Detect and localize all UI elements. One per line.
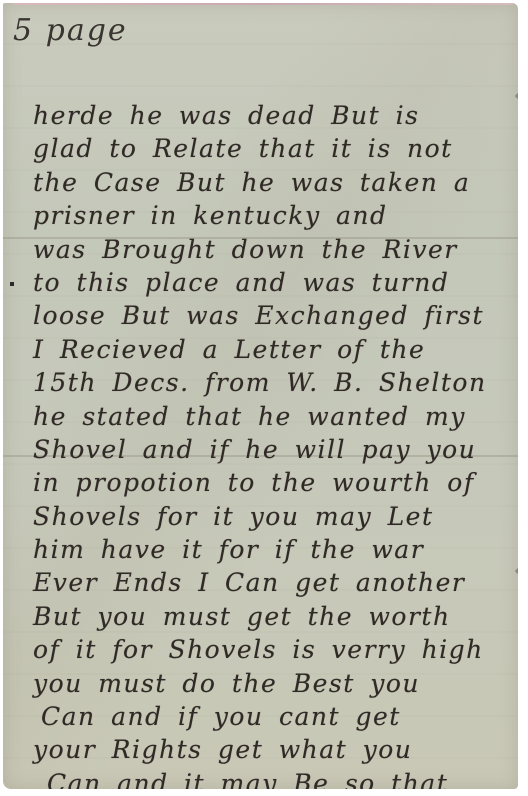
letter-line: But you must get the worth xyxy=(33,600,513,633)
letter-line: herde he was dead But is xyxy=(33,99,513,132)
edge-tear xyxy=(515,567,518,575)
letter-line: of it for Shovels is verry high xyxy=(33,633,513,666)
letter-line: you must do the Best you xyxy=(33,667,513,700)
letter-line: glad to Relate that it is not xyxy=(33,132,513,165)
letter-line: Can and if you cant get xyxy=(33,700,513,733)
letter-line: your Rights get what you xyxy=(33,733,513,766)
letter-page: 5 page herde he was dead But is glad to … xyxy=(3,3,518,789)
letter-line: prisner in kentucky and xyxy=(33,199,513,232)
letter-line: the Case But he was taken a xyxy=(33,166,513,199)
edge-tear xyxy=(515,92,518,100)
letter-line: Shovel and if he will pay you xyxy=(33,433,513,466)
page-top-edge xyxy=(13,3,513,5)
letter-line: Can and it may Be so that xyxy=(33,767,513,789)
ink-dot xyxy=(10,282,14,286)
letter-line: Ever Ends I Can get another xyxy=(33,566,513,599)
letter-line: was Brought down the River xyxy=(33,233,513,266)
letter-line: I Recieved a Letter of the xyxy=(33,333,513,366)
letter-line: he stated that he wanted my xyxy=(33,400,513,433)
letter-line: 15th Decs. from W. B. Shelton xyxy=(33,366,513,399)
letter-line: Shovels for it you may Let xyxy=(33,500,513,533)
letter-line: loose But was Exchanged first xyxy=(33,299,513,332)
letter-body: herde he was dead But is glad to Relate … xyxy=(33,99,513,789)
page-heading: 5 page xyxy=(13,13,128,48)
letter-line: him have it for if the war xyxy=(33,533,513,566)
letter-line: in propotion to the wourth of xyxy=(33,466,513,499)
letter-line: to this place and was turnd xyxy=(33,266,513,299)
